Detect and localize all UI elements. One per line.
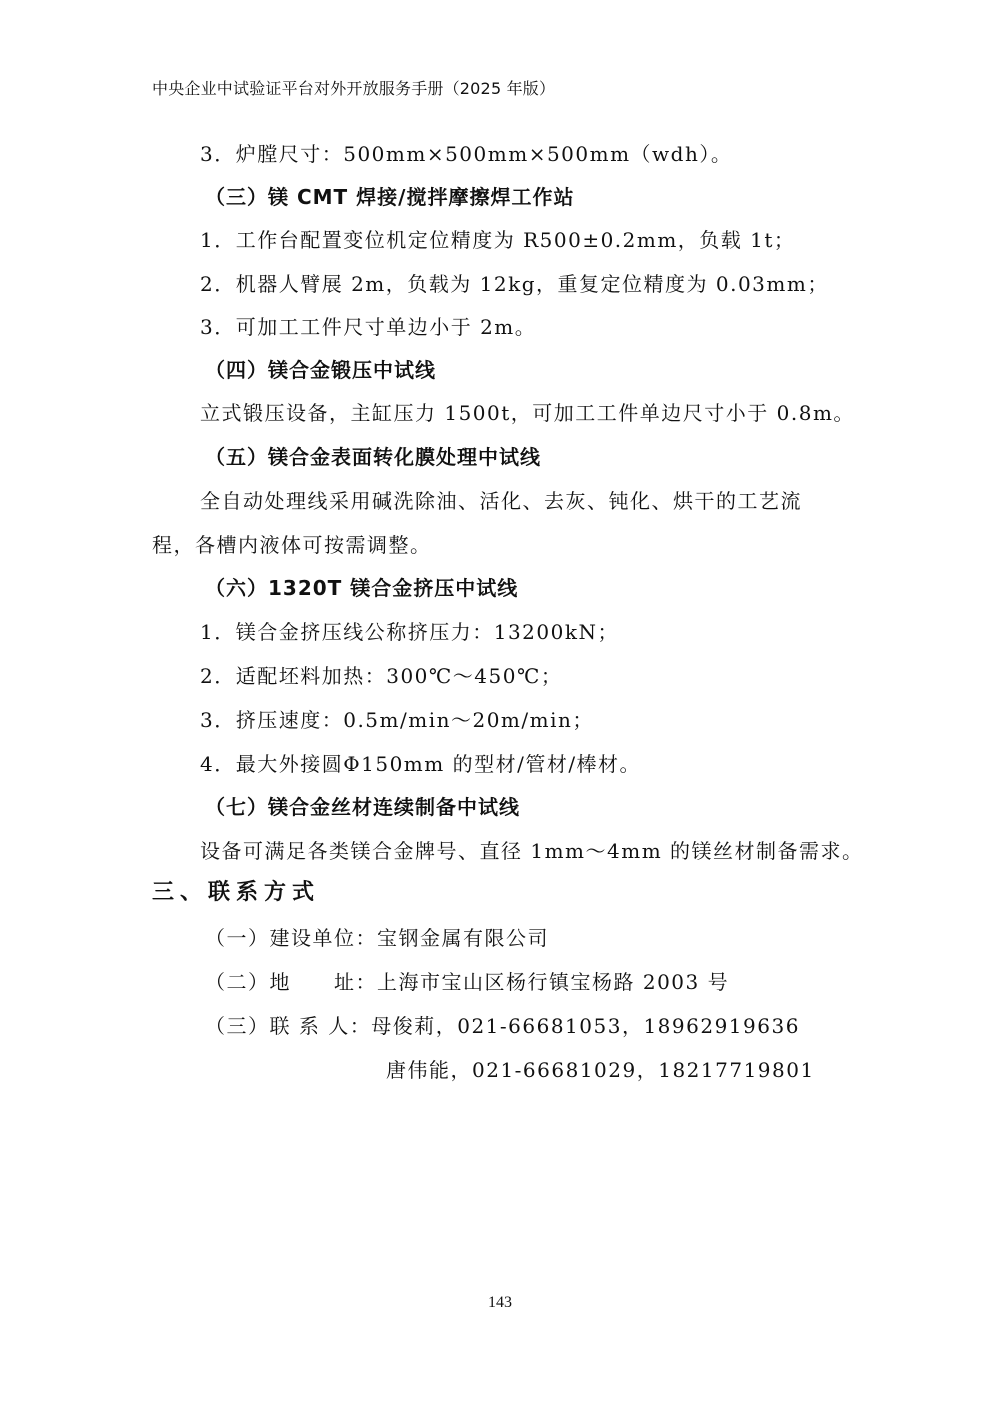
subheading: （四）镁合金锻压中试线 xyxy=(205,354,436,383)
subheading: （三）镁 CMT 焊接/搅拌摩擦焊工作站 xyxy=(205,181,574,210)
contact-unit: （一）建设单位：宝钢金属有限公司 xyxy=(205,922,549,951)
contact-person-2: 唐伟能，021-66681029，18217719801 xyxy=(386,1054,815,1083)
subheading: （七）镁合金丝材连续制备中试线 xyxy=(205,791,520,820)
list-item: 2．机器人臂展 2m，负载为 12kg，重复定位精度为 0.03mm； xyxy=(200,268,829,297)
section-heading: 三、联系方式 xyxy=(152,875,320,906)
document-page: 中央企业中试验证平台对外开放服务手册（2025 年版） 3．炉膛尺寸：500mm… xyxy=(0,0,1000,1414)
list-item: 3．炉膛尺寸：500mm×500mm×500mm（wdh）。 xyxy=(200,138,732,167)
list-item: 1．镁合金挤压线公称挤压力：13200kN； xyxy=(200,616,619,645)
subheading: （五）镁合金表面转化膜处理中试线 xyxy=(205,441,541,470)
list-item: 2．适配坯料加热：300℃～450℃； xyxy=(200,660,562,689)
contact-address: （二）地 址：上海市宝山区杨行镇宝杨路 2003 号 xyxy=(205,966,729,995)
contact-person-label: （三）联 系 人： xyxy=(205,1014,371,1038)
paragraph: 全自动处理线采用碱洗除油、活化、去灰、钝化、烘干的工艺流 xyxy=(200,485,802,514)
list-item: 4．最大外接圆Φ150mm 的型材/管材/棒材。 xyxy=(200,748,641,777)
subheading: （六）1320T 镁合金挤压中试线 xyxy=(205,572,518,601)
paragraph-continued: 程，各槽内液体可按需调整。 xyxy=(152,529,432,558)
contact-address-value: 上海市宝山区杨行镇宝杨路 2003 号 xyxy=(377,970,729,994)
running-header: 中央企业中试验证平台对外开放服务手册（2025 年版） xyxy=(152,76,555,99)
contact-unit-label: （一）建设单位： xyxy=(205,926,377,950)
list-item: 1．工作台配置变位机定位精度为 R500±0.2mm，负载 1t； xyxy=(200,224,795,253)
contact-person: （三）联 系 人：母俊莉，021-66681053，18962919636 xyxy=(205,1010,800,1039)
paragraph: 立式锻压设备，主缸压力 1500t，可加工工件单边尺寸小于 0.8m。 xyxy=(200,397,855,426)
list-item: 3．挤压速度：0.5m/min～20m/min； xyxy=(200,704,594,733)
contact-address-label: （二）地 址： xyxy=(205,970,377,994)
contact-person-1: 母俊莉，021-66681053，18962919636 xyxy=(371,1014,800,1038)
list-item: 3．可加工工件尺寸单边小于 2m。 xyxy=(200,311,536,340)
contact-unit-value: 宝钢金属有限公司 xyxy=(377,926,549,950)
page-number: 143 xyxy=(0,1294,1000,1312)
paragraph: 设备可满足各类镁合金牌号、直径 1mm～4mm 的镁丝材制备需求。 xyxy=(200,835,864,864)
